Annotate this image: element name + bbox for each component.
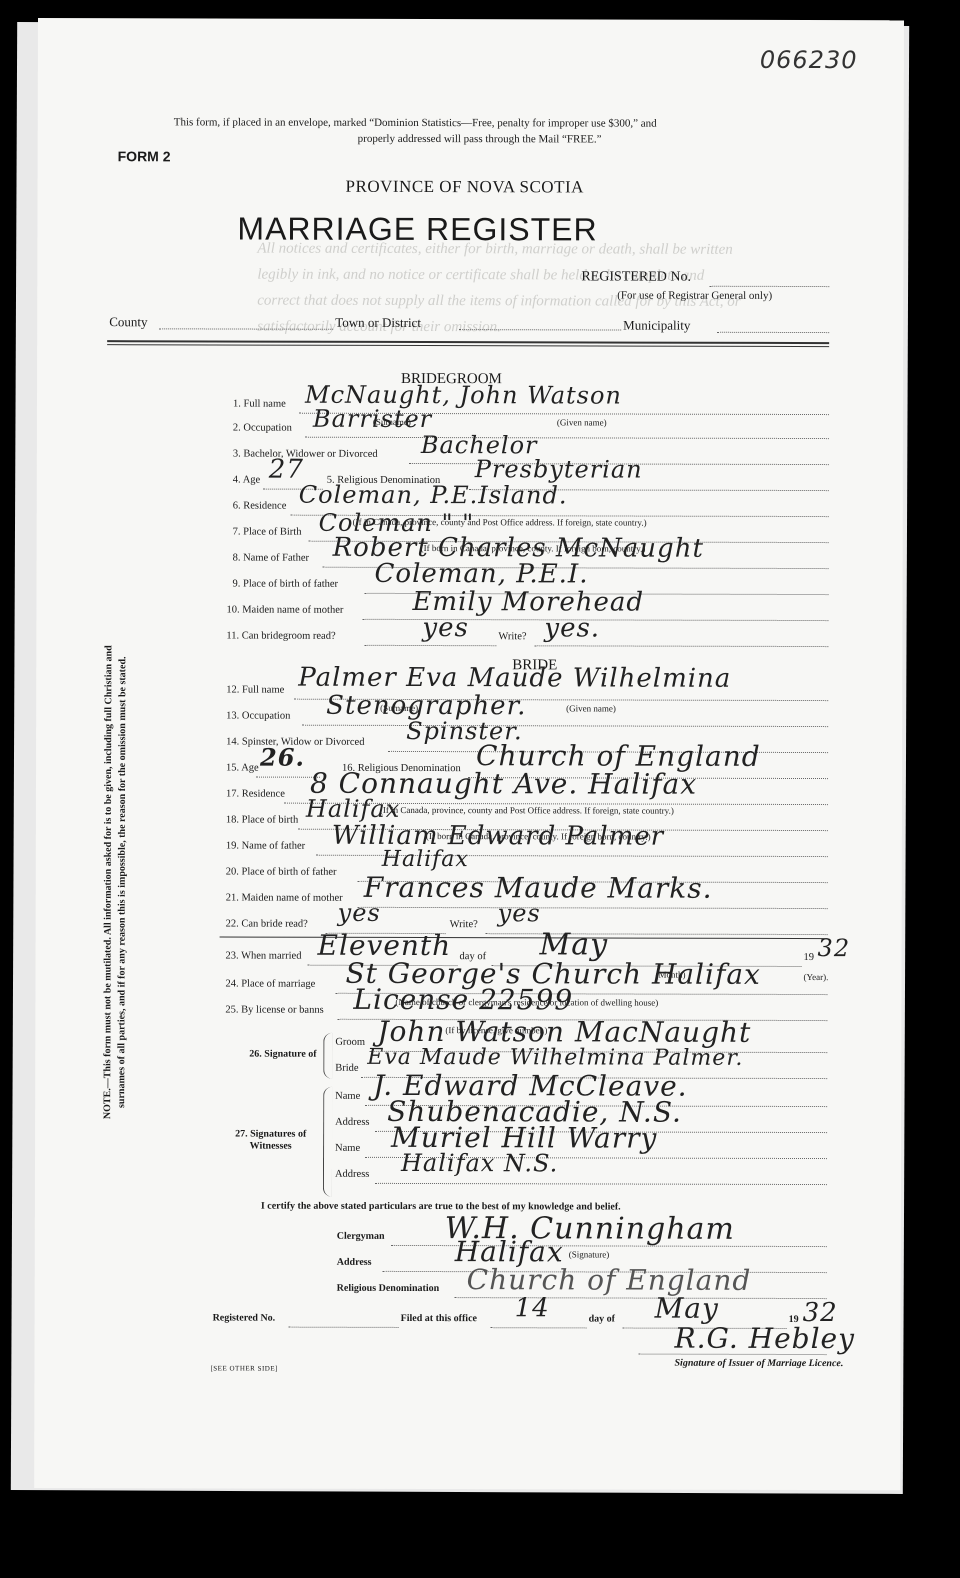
bride-mother-line [358,907,828,909]
bride-signature-label: Bride [335,1063,358,1074]
groom-residence-value[interactable]: Coleman, P.E.Island. [299,481,568,510]
groom-status-label: 3. Bachelor, Widower or Divorced [233,449,378,460]
issuer-label: Signature of Issuer of Marriage Licence. [674,1358,843,1369]
archive-number: 066230 [760,46,858,74]
year-prefix: 19 [804,952,815,963]
signature-of-label: 26. Signature of [249,1049,316,1060]
clergyman-denomination-label: Religious Denomination [337,1283,440,1294]
witness1-address-label: Address [335,1117,369,1128]
filed-day-line [491,1327,587,1328]
issuer-signature-value[interactable]: R.G. Hebley [675,1322,856,1355]
year-hint: (Year). [803,972,828,982]
registered-no-field[interactable] [709,286,829,287]
witnesses-label-line2: Witnesses [235,1141,306,1153]
bride-occupation-line [302,725,828,727]
groom-can-read-value[interactable]: yes [422,613,469,643]
witness2-address-line [375,1183,827,1185]
town-label: Town or District [335,315,421,331]
witness2-name-label: Name [335,1143,360,1154]
filed-month-value[interactable]: May [655,1292,719,1325]
bride-residence-hint: (If in Canada, province, county and Post… [380,805,674,816]
bride-residence-label: 17. Residence [226,788,285,799]
groom-father-birthplace-label: 9. Place of birth of father [233,579,339,590]
province-heading: PROVINCE OF NOVA SCOTIA [346,177,584,198]
county-field[interactable] [159,328,333,329]
groom-can-read-line [364,645,496,646]
bride-father-birthplace-value[interactable]: Halifax [382,847,469,872]
groom-full-name-label: 1. Full name [233,399,286,410]
marriage-register-form: 066230 This form, if placed in an envelo… [34,18,904,1490]
bride-occupation-label: 13. Occupation [226,710,290,721]
clergyman-label: Clergyman [337,1231,385,1242]
bride-father-birthplace-label: 20. Place of birth of father [226,866,337,877]
place-of-marriage-label: 24. Place of marriage [225,978,315,989]
bride-can-write-label: Write? [450,919,478,930]
clergyman-denomination-line [455,1297,827,1299]
county-label: County [109,314,147,330]
signature-hint: (Signature) [569,1249,610,1259]
filed-day-value[interactable]: 14 [515,1293,550,1323]
bride-birthplace-label: 18. Place of birth [226,814,298,825]
registered-no-label: REGISTERED No. [581,269,691,285]
bride-full-name-label: 12. Full name [226,684,284,695]
envelope-note-line1: This form, if placed in an envelope, mar… [174,116,657,129]
license-value[interactable]: License 22599 [353,983,573,1017]
when-married-label: 23. When married [226,950,302,961]
bride-age-value[interactable]: 26. [260,743,305,772]
groom-birthplace-label: 7. Place of Birth [233,527,302,538]
groom-residence-label: 6. Residence [233,501,287,512]
filing-registered-no-label: Registered No. [213,1312,276,1323]
witnesses-label: 27. Signatures of Witnesses [235,1129,306,1153]
form-number: FORM 2 [118,148,171,164]
side-note: NOTE.—This form must not be mutilated. A… [101,562,131,1202]
registered-no-note: (For use of Registrar General only) [617,290,772,302]
license-label: 25. By license or banns [225,1004,323,1015]
bride-age-label: 15. Age [226,762,259,773]
witnesses-label-line1: 27. Signatures of [235,1129,306,1141]
side-note-line2: surnames of all parties, and if for any … [115,562,131,1202]
bride-full-name-value[interactable]: Palmer Eva Maude Wilhelmina [298,663,731,694]
envelope-note-line2: properly addressed will pass through the… [358,133,602,146]
bride-father-label: 19. Name of father [226,840,305,851]
witness-brace [323,1087,332,1197]
filed-label: Filed at this office [401,1313,477,1324]
groom-mother-label: 10. Maiden name of mother [226,604,343,615]
witness2-address-value[interactable]: Halifax N.S. [401,1149,558,1177]
bride-signature-value[interactable]: Eva Maude Wilhelmina Palmer. [367,1045,743,1071]
groom-father-label: 8. Name of Father [233,553,309,564]
groom-can-write-line [534,645,828,647]
bride-can-write-line [486,933,828,935]
witness2-address-label: Address [335,1169,369,1180]
bride-can-read-label: 22. Can bride read? [226,918,308,929]
marriage-divider [220,936,828,939]
municipality-field[interactable] [717,332,829,333]
clergyman-address-label: Address [337,1257,372,1268]
filing-registered-no-line[interactable] [289,1327,399,1328]
groom-occupation-line [305,437,829,439]
witness1-name-label: Name [335,1091,360,1102]
groom-occupation-value[interactable]: Barrister [313,405,432,433]
groom-father-birthplace-value[interactable]: Coleman, P.E.I. [375,559,589,590]
groom-given-hint: (Given name) [557,417,607,427]
groom-age-label: 4. Age [233,475,260,486]
groom-can-write-value[interactable]: yes. [544,613,600,643]
municipality-label: Municipality [623,318,690,334]
bride-can-read-value[interactable]: yes [338,899,381,927]
filed-day-of-label: day of [589,1313,615,1324]
groom-religion-value[interactable]: Presbyterian [475,455,643,483]
groom-signature-label: Groom [335,1037,365,1048]
bride-given-hint: (Given name) [566,703,616,713]
groom-can-write-label: Write? [498,631,526,642]
bleed-through-line1: All notices and certificates, either for… [257,241,732,259]
groom-occupation-label: 2. Occupation [233,423,292,434]
signature-brace [323,1033,332,1079]
see-other-side: [SEE OTHER SIDE] [210,1364,278,1372]
groom-can-read-label: 11. Can bridegroom read? [226,630,335,641]
bride-mother-label: 21. Maiden name of mother [226,892,343,903]
bride-can-write-value[interactable]: yes [498,899,541,927]
header-divider [107,340,829,347]
groom-signature-value[interactable]: John Watson MacNaught [377,1015,751,1049]
marriage-year-value[interactable]: 32 [818,934,851,962]
bride-birthplace-value[interactable]: Halifax [306,795,400,823]
